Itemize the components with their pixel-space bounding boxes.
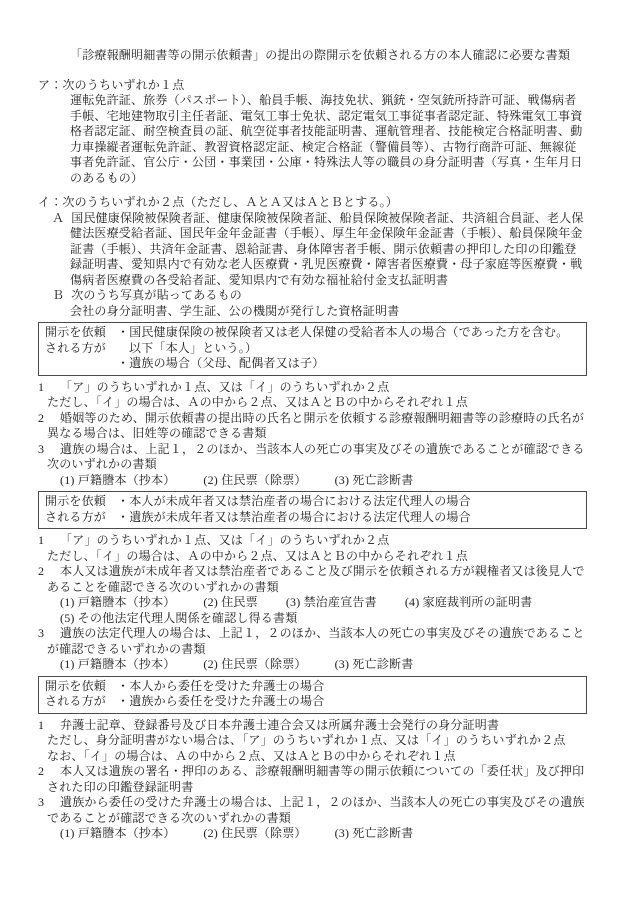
- document-options-row: (1) 戸籍謄本（抄本）(2) 住民票（除票）(3) 死亡診断書: [60, 657, 587, 673]
- document-option: (1) 戸籍謄本（抄本）: [60, 595, 175, 609]
- document-option: (3) 死亡診断書: [335, 826, 414, 840]
- requirement-section: 開示を依頼される方が・本人から委任を受けた弁護士の場合・遺族から委任を受けた弁護…: [38, 676, 587, 842]
- box-bullet-line: ・本人が未成年者又は禁治産者の場合における法定代理人の場合: [117, 494, 580, 510]
- document-option: (3) 死亡診断書: [335, 657, 414, 671]
- requester-box-content: ・本人から委任を受けた弁護士の場合・遺族から委任を受けた弁護士の場合: [117, 679, 580, 710]
- item-text: 本人又は遺族の署名・押印のある、診療報酬明細書等の開示依頼についての「委任状」及…: [47, 764, 584, 794]
- group-body: 国民健康保険被保険者証、健康保険被保険者証、船員保険被保険者証、共済組合員証、老…: [70, 211, 584, 287]
- numbered-item: 1「ア」のうちいずれか１点、又は「イ」のうちいずれか２点: [38, 380, 587, 396]
- box-label-line: される方が: [45, 694, 111, 710]
- box-bullet-line: ・国民健康保険の被保険者又は老人保健の受給者本人の場合（であった方を含む。: [117, 325, 580, 341]
- box-bullet-line: ・遺族が未成年者又は禁治産者の場合における法定代理人の場合: [117, 510, 580, 526]
- document-option: (1) 戸籍謄本（抄本）: [60, 473, 175, 487]
- numbered-item: 1「ア」のうちいずれか１点、又は「イ」のうちいずれか２点: [38, 533, 587, 549]
- option-a-heading: ア：次のうちいずれか１点: [38, 78, 587, 94]
- document-option: (1) 戸籍謄本（抄本）: [60, 826, 175, 840]
- document-option: (4) 家庭裁判所の証明書: [405, 595, 533, 609]
- group-row: Ａ国民健康保険被保険者証、健康保険被保険者証、船員保険被保険者証、共済組合員証、…: [38, 211, 587, 289]
- requester-box-content: ・国民健康保険の被保険者又は老人保健の受給者本人の場合（であった方を含む。以下「…: [117, 325, 580, 372]
- group-row: Ｂ次のうち写真が貼ってあるもの: [38, 288, 587, 304]
- group-label: Ｂ: [52, 288, 64, 302]
- box-label-line: される方が: [45, 341, 111, 357]
- document-option: (3) 死亡診断書: [335, 473, 414, 487]
- item-text: 遺族の法定代理人の場合は、上記１，２のほか、当該本人の死亡の事実及びその遺族であ…: [47, 626, 585, 656]
- item-text: 本人又は遺族が未成年者又は禁治産者であること及び開示を依頼される方が親権者又は後…: [47, 564, 585, 594]
- document-options-row: (1) 戸籍謄本（抄本）(2) 住民票（除票）(3) 死亡診断書: [60, 826, 587, 842]
- numbered-item: 3遺族の場合は、上記１，２のほか、当該本人の死亡の事実及びその遺族であることが確…: [38, 442, 587, 473]
- item-note: ただし、「イ」の場合は、Ａの中から２点、又はＡとＢの中からそれぞれ１点: [47, 549, 587, 565]
- item-number: 1: [38, 718, 60, 734]
- box-label-line: 開示を依頼: [45, 494, 111, 510]
- box-bullet-line: ・遺族から委任を受けた弁護士の場合: [117, 694, 580, 710]
- numbered-item: 2本人又は遺族の署名・押印のある、診療報酬明細書等の開示依頼についての「委任状」…: [38, 764, 587, 795]
- option-i-heading: イ：次のうちいずれか２点（ただし、ＡとＡ又はＡとＢとする。）: [38, 195, 587, 211]
- item-number: 3: [38, 795, 60, 811]
- item-number: 1: [38, 533, 60, 549]
- document-options-row: (5) その他法定代理人関係を確認し得る書類: [60, 611, 587, 627]
- numbered-item: 3遺族から委任の受けた弁護士の場合は、上記１，２のほか、当該本人の死亡の事実及び…: [38, 795, 587, 826]
- group-note: 会社の身分証明書、学生証、公の機関が発行した資格証明書: [70, 304, 587, 320]
- group-body: 次のうち写真が貼ってあるもの: [71, 288, 242, 302]
- document-option: (2) 住民票: [203, 595, 257, 609]
- box-label-line: 開示を依頼: [45, 325, 111, 341]
- item-text: 遺族の場合は、上記１，２のほか、当該本人の死亡の事実及びその遺族であることが確認…: [47, 442, 585, 472]
- requirement-section: 開示を依頼される方が・本人が未成年者又は禁治産者の場合における法定代理人の場合・…: [38, 491, 587, 673]
- document-option: (2) 住民票（除票）: [203, 473, 306, 487]
- document-option: (1) 戸籍謄本（抄本）: [60, 657, 175, 671]
- option-a-body: 運転免許証、旅券（パスポート）、船員手帳、海技免状、猟銃・空気銃所持許可証、戦傷…: [70, 93, 587, 186]
- page-title: 「診療報酬明細書等の開示依頼書」の提出の際開示を依頼される方の本人確認に必要な書…: [70, 48, 587, 64]
- item-number: 2: [38, 411, 60, 427]
- item-note: ただし、「イ」の場合は、Ａの中から２点、又はＡとＢの中からそれぞれ１点: [47, 395, 587, 411]
- requester-box-label: 開示を依頼される方が: [45, 679, 111, 710]
- requester-box-label: 開示を依頼される方が: [45, 325, 111, 372]
- document-option: (2) 住民票（除票）: [203, 657, 306, 671]
- option-i-groups: Ａ国民健康保険被保険者証、健康保険被保険者証、船員保険被保険者証、共済組合員証、…: [38, 211, 587, 320]
- item-text: 遺族から委任の受けた弁護士の場合は、上記１，２のほか、当該本人の死亡の事実及びそ…: [47, 795, 585, 825]
- group-label: Ａ: [52, 211, 64, 225]
- numbered-item: 3遺族の法定代理人の場合は、上記１，２のほか、当該本人の死亡の事実及びその遺族で…: [38, 626, 587, 657]
- requester-box-label: 開示を依頼される方が: [45, 494, 111, 525]
- document-option: (3) 禁治産宣告書: [286, 595, 377, 609]
- requester-box: 開示を依頼される方が・本人から委任を受けた弁護士の場合・遺族から委任を受けた弁護…: [38, 676, 587, 714]
- item-text: 「ア」のうちいずれか１点、又は「イ」のうちいずれか２点: [60, 380, 389, 394]
- item-number: 2: [38, 764, 60, 780]
- item-number: 3: [38, 442, 60, 458]
- item-note: なお、「イ」の場合は、Ａの中から２点、又はＡとＢの中からそれぞれ１点: [47, 749, 587, 765]
- requirement-section: 開示を依頼される方が・国民健康保険の被保険者又は老人保健の受給者本人の場合（であ…: [38, 322, 587, 488]
- item-number: 3: [38, 626, 60, 642]
- box-bullet-line: ・遺族の場合（父母、配偶者又は子）: [117, 356, 580, 372]
- item-number: 1: [38, 380, 60, 396]
- document-options-row: (1) 戸籍謄本（抄本）(2) 住民票(3) 禁治産宣告書(4) 家庭裁判所の証…: [60, 595, 587, 611]
- option-a-block: ア：次のうちいずれか１点 運転免許証、旅券（パスポート）、船員手帳、海技免状、猟…: [38, 78, 587, 187]
- item-number: 2: [38, 564, 60, 580]
- option-i-block: イ：次のうちいずれか２点（ただし、ＡとＡ又はＡとＢとする。） Ａ国民健康保険被保…: [38, 195, 587, 319]
- document-options-row: (1) 戸籍謄本（抄本）(2) 住民票（除票）(3) 死亡診断書: [60, 473, 587, 489]
- item-text: 弁護士記章、登録番号及び日本弁護士連合会又は所属弁護士会発行の身分証明書: [60, 718, 499, 732]
- requester-box-content: ・本人が未成年者又は禁治産者の場合における法定代理人の場合・遺族が未成年者又は禁…: [117, 494, 580, 525]
- requirement-sections: 開示を依頼される方が・国民健康保険の被保険者又は老人保健の受給者本人の場合（であ…: [38, 322, 587, 842]
- item-text: 婚姻等のため、開示依頼書の提出時の氏名と開示を依頼する診療報酬明細書等の診療時の…: [47, 411, 584, 441]
- numbered-item: 2本人又は遺族が未成年者又は禁治産者であること及び開示を依頼される方が親権者又は…: [38, 564, 587, 595]
- box-label-line: される方が: [45, 510, 111, 526]
- document-option: (5) その他法定代理人関係を確認し得る書類: [60, 611, 297, 625]
- document-page: 「診療報酬明細書等の開示依頼書」の提出の際開示を依頼される方の本人確認に必要な書…: [0, 0, 630, 903]
- numbered-item: 2婚姻等のため、開示依頼書の提出時の氏名と開示を依頼する診療報酬明細書等の診療時…: [38, 411, 587, 442]
- numbered-item: 1弁護士記章、登録番号及び日本弁護士連合会又は所属弁護士会発行の身分証明書: [38, 718, 587, 734]
- requester-box: 開示を依頼される方が・国民健康保険の被保険者又は老人保健の受給者本人の場合（であ…: [38, 322, 587, 376]
- box-bullet-line: 以下「本人」という。）: [117, 341, 580, 357]
- item-text: 「ア」のうちいずれか１点、又は「イ」のうちいずれか２点: [60, 533, 389, 547]
- item-note: ただし、身分証明書がない場合は、「ア」のうちいずれか１点、又は「イ」のうちいずれ…: [47, 733, 587, 749]
- box-bullet-line: ・本人から委任を受けた弁護士の場合: [117, 679, 580, 695]
- box-label-line: 開示を依頼: [45, 679, 111, 695]
- requester-box: 開示を依頼される方が・本人が未成年者又は禁治産者の場合における法定代理人の場合・…: [38, 491, 587, 529]
- document-option: (2) 住民票（除票）: [203, 826, 306, 840]
